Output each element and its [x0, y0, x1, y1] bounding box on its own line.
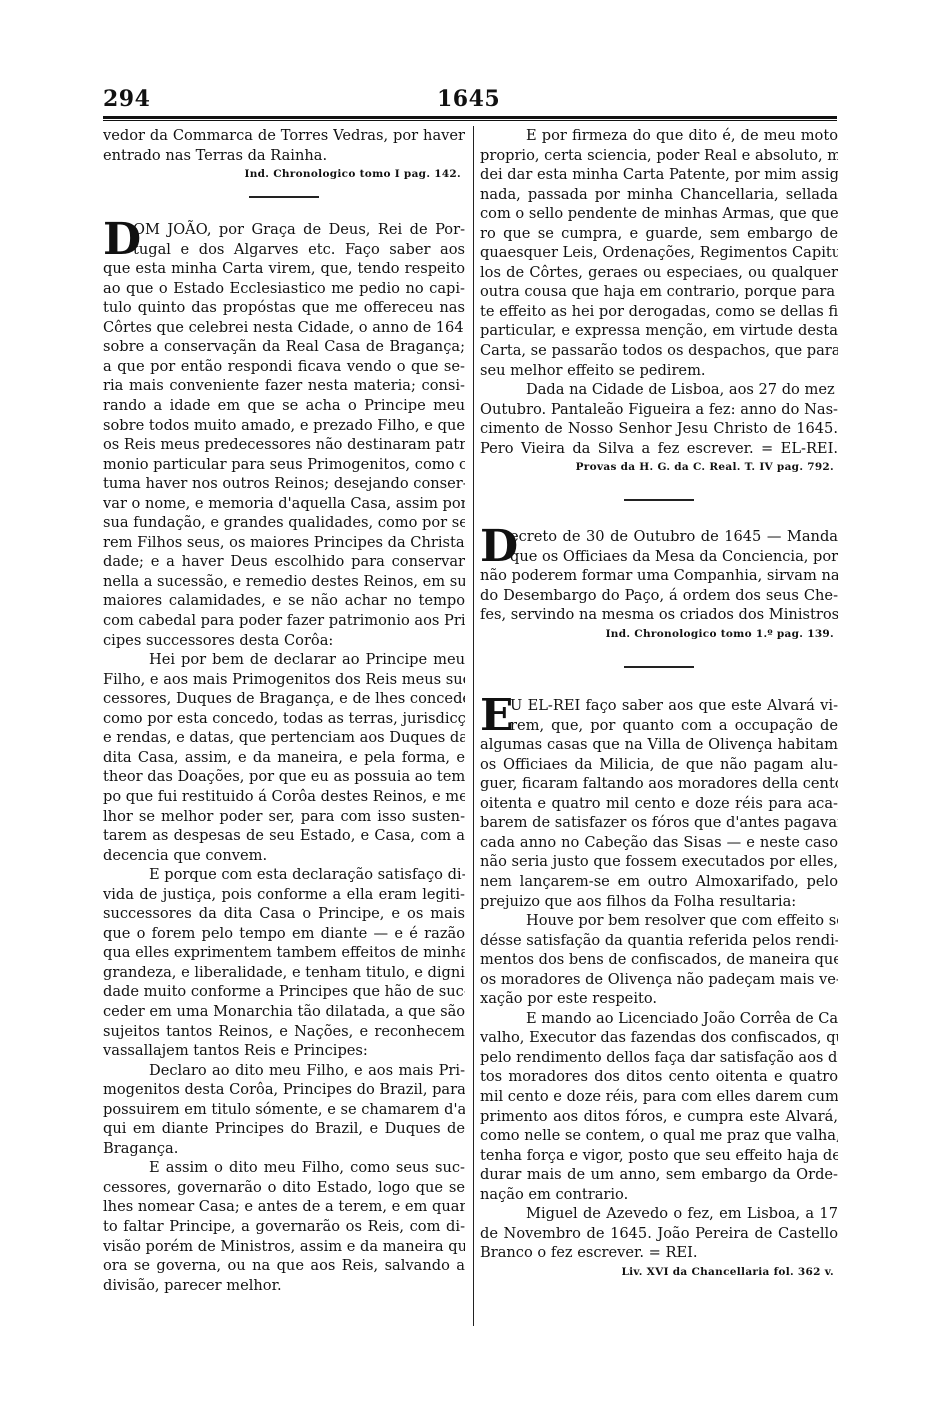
- text-line: com cabedal para poder fazer patrimonio …: [103, 611, 465, 631]
- text-line: os Reis meus predecessores não destinara…: [103, 435, 465, 455]
- text-line: ceder em uma Monarchia tão dilatada, a q…: [103, 1002, 465, 1022]
- text-line: sobre a conservaçãn da Real Casa de Brag…: [103, 337, 465, 357]
- text-line: nada, passada por minha Chancellaria, se…: [480, 185, 838, 205]
- text-line: quaesquer Leis, Ordenações, Regimentos C…: [480, 243, 838, 263]
- text-line: durar mais de um anno, sem embargo da Or…: [480, 1165, 838, 1185]
- text-line: mogenitos desta Corôa, Principes do Braz…: [103, 1080, 465, 1100]
- left-column: vedor da Commarca de Torres Vedras, por …: [103, 126, 465, 1295]
- text-line: Carta, se passarão todos os despachos, q…: [480, 341, 838, 361]
- drop-cap: E: [480, 698, 514, 734]
- text-line: os Officiaes da Milicia, de que não paga…: [480, 755, 838, 775]
- text-line: E mando ao Licenciado João Corrêa de Car…: [480, 1009, 838, 1029]
- text-line: E por firmeza do que dito é, de meu moto: [480, 126, 838, 146]
- citation: Ind. Chronologico tomo I pag. 142.: [103, 165, 465, 184]
- drop-cap: D: [480, 529, 518, 565]
- text-line: vassallajem tantos Reis e Principes:: [103, 1041, 465, 1061]
- text-line: rem, que, por quanto com a occupação de: [480, 716, 838, 736]
- column-divider: [473, 126, 474, 1326]
- text-line: los de Côrtes, geraes ou especiaes, ou q…: [480, 263, 838, 283]
- drop-cap: D: [103, 222, 141, 258]
- text-line: guer, ficaram faltando aos moradores del…: [480, 774, 838, 794]
- right-column: E por firmeza do que dito é, de meu moto…: [480, 126, 838, 1282]
- text-line: que o forem pelo tempo em diante — e é r…: [103, 924, 465, 944]
- text-line: grandeza, e liberalidade, e tenham titul…: [103, 963, 465, 983]
- text-line: tuma haver nos outros Reinos; desejando …: [103, 474, 465, 494]
- text-line: fes, servindo na mesma os criados dos Mi…: [480, 605, 838, 625]
- text-line: cada anno no Cabeção das Sisas — e neste…: [480, 833, 838, 853]
- text-line: e rendas, e datas, que pertenciam aos Du…: [103, 728, 465, 748]
- text-line: te effeito as hei por derogadas, como se…: [480, 302, 838, 322]
- section-separator: [249, 196, 319, 198]
- text-line: rando a idade em que se acha o Principe …: [103, 396, 465, 416]
- text-line: cessores, Duques de Bragança, e de lhes …: [103, 689, 465, 709]
- text-line: sujeitos tantos Reinos, e Nações, e reco…: [103, 1022, 465, 1042]
- text-line: qui em diante Principes do Brazil, e Duq…: [103, 1119, 465, 1139]
- text-line: Outubro. Pantaleão Figueira a fez: anno …: [480, 400, 838, 420]
- text-line: barem de satisfazer os fóros que d'antes…: [480, 813, 838, 833]
- text-line: qua elles exprimentem tambem effeitos de…: [103, 943, 465, 963]
- text-line: pelo rendimento dellos faça dar satisfaç…: [480, 1048, 838, 1068]
- text-line: Houve por bem resolver que com effeito s…: [480, 911, 838, 931]
- text-line: Bragança.: [103, 1139, 465, 1159]
- text-line: vida de justiça, pois conforme a ella er…: [103, 885, 465, 905]
- text-line: cessores, governarão o dito Estado, logo…: [103, 1178, 465, 1198]
- text-line: vedor da Commarca de Torres Vedras, por …: [103, 126, 465, 146]
- text-line: monio particular para seus Primogenitos,…: [103, 455, 465, 475]
- paragraph-houve: Houve por bem resolver que com effeito s…: [480, 911, 838, 1009]
- text-line: como por esta concedo, todas as terras, …: [103, 709, 465, 729]
- text-line: Miguel de Azevedo o fez, em Lisboa, a 17: [480, 1204, 838, 1224]
- text-line: os moradores de Olivença não padeçam mai…: [480, 970, 838, 990]
- alvara: E U EL-REI faço saber aos que este Alvar…: [480, 696, 838, 911]
- text-line: var o nome, e memoria d'aquella Casa, as…: [103, 494, 465, 514]
- text-line: po que fui restituido á Corôa destes Rei…: [103, 787, 465, 807]
- section-separator: [624, 499, 694, 501]
- text-line: Branco o fez escrever. = REI.: [480, 1243, 838, 1263]
- text-line: tos moradores dos ditos cento oitenta e …: [480, 1067, 838, 1087]
- text-line: nella a sucessão, e remedio destes Reino…: [103, 572, 465, 592]
- text-line: ao que o Estado Ecclesiastico me pedio n…: [103, 279, 465, 299]
- text-line: particular, e expressa menção, em virtud…: [480, 321, 838, 341]
- text-line: maiores calamidades, e se não achar no t…: [103, 591, 465, 611]
- text-line: valho, Executor das fazendas dos confisc…: [480, 1028, 838, 1048]
- text-line: ro que se cumpra, e guarde, sem embargo …: [480, 224, 838, 244]
- text-line: algumas casas que na Villa de Olivença h…: [480, 735, 838, 755]
- text-line: nem lançarem-se em outro Almoxarifado, p…: [480, 872, 838, 892]
- text-line: dei dar esta minha Carta Patente, por mi…: [480, 165, 838, 185]
- text-line: prejuizo que aos filhos da Folha resulta…: [480, 892, 838, 912]
- text-line: dade; e a haver Deus escolhido para cons…: [103, 552, 465, 572]
- text-line: theor das Doações, por que eu as possuia…: [103, 767, 465, 787]
- text-line: entrado nas Terras da Rainha.: [103, 146, 465, 166]
- header-rule: [103, 116, 837, 121]
- text-line: não poderem formar uma Companhia, sirvam…: [480, 566, 838, 586]
- citation: Ind. Chronologico tomo 1.º pag. 139.: [480, 625, 838, 644]
- text-line: dade muito conforme a Principes que hão …: [103, 982, 465, 1002]
- text-line: tenha força e vigor, posto que seu effei…: [480, 1146, 838, 1166]
- text-line: outra cousa que haja em contrario, porqu…: [480, 282, 838, 302]
- text-line: nação em contrario.: [480, 1185, 838, 1205]
- text-line: désse satisfação da quantia referida pel…: [480, 931, 838, 951]
- paragraph-declaro: Declaro ao dito meu Filho, e aos mais Pr…: [103, 1061, 465, 1159]
- text-line: como nelle se contem, o qual me praz que…: [480, 1126, 838, 1146]
- text-line: E assim o dito meu Filho, como seus suc-: [103, 1158, 465, 1178]
- text-line: proprio, certa sciencia, poder Real e ab…: [480, 146, 838, 166]
- text-line: de Novembro de 1645. João Pereira de Cas…: [480, 1224, 838, 1244]
- text-line: que os Officiaes da Mesa da Conciencia, …: [480, 547, 838, 567]
- running-year: 1645: [437, 86, 500, 112]
- text-line: Filho, e aos mais Primogenitos dos Reis …: [103, 670, 465, 690]
- text-line: OM JOÃO, por Graça de Deus, Rei de Por-: [103, 220, 465, 240]
- text-line: tulo quinto das propóstas que me offerec…: [103, 298, 465, 318]
- text-line: tarem as despesas de seu Estado, e Casa,…: [103, 826, 465, 846]
- text-line: rem Filhos seus, os maiores Principes da…: [103, 533, 465, 553]
- text-line: U EL-REI faço saber aos que este Alvará …: [480, 696, 838, 716]
- text-line: que esta minha Carta virem, que, tendo r…: [103, 259, 465, 279]
- text-line: Declaro ao dito meu Filho, e aos mais Pr…: [103, 1061, 465, 1081]
- carta-patente: D OM JOÃO, por Graça de Deus, Rei de Por…: [103, 220, 465, 650]
- continuation-text: vedor da Commarca de Torres Vedras, por …: [103, 126, 465, 184]
- text-line: oitenta e quatro mil cento e doze réis p…: [480, 794, 838, 814]
- text-line: sua fundação, e grandes qualidades, como…: [103, 513, 465, 533]
- paragraph-hei-por-bem: Hei por bem de declarar ao Principe meu …: [103, 650, 465, 865]
- paragraph-e-mando: E mando ao Licenciado João Corrêa de Car…: [480, 1009, 838, 1204]
- text-line: mentos dos bens de confiscados, de manei…: [480, 950, 838, 970]
- citation: Provas da H. G. da C. Real. T. IV pag. 7…: [480, 458, 838, 477]
- text-line: primento aos ditos fóros, e cumpra este …: [480, 1107, 838, 1127]
- text-line: sobre todos muito amado, e prezado Filho…: [103, 416, 465, 436]
- text-line: Dada na Cidade de Lisboa, aos 27 do mez …: [480, 380, 838, 400]
- text-line: to faltar Principe, a governarão os Reis…: [103, 1217, 465, 1237]
- paragraph-e-por-firmeza: E por firmeza do que dito é, de meu moto…: [480, 126, 838, 380]
- text-line: do Desembargo do Paço, á ordem dos seus …: [480, 586, 838, 606]
- paragraph-e-porque: E porque com esta declaração satisfaço d…: [103, 865, 465, 1060]
- text-line: a que por então respondi ficava vendo o …: [103, 357, 465, 377]
- text-line: xação por este respeito.: [480, 989, 838, 1009]
- text-line: decencia que convem.: [103, 846, 465, 866]
- text-line: com o sello pendente de minhas Armas, qu…: [480, 204, 838, 224]
- text-line: successores da dita Casa o Principe, e o…: [103, 904, 465, 924]
- text-line: não seria justo que fossem executados po…: [480, 852, 838, 872]
- section-separator: [624, 666, 694, 668]
- text-line: cimento de Nosso Senhor Jesu Christo de …: [480, 419, 838, 439]
- text-line: Côrtes que celebrei nesta Cidade, o anno…: [103, 318, 465, 338]
- page-number: 294: [103, 86, 150, 112]
- citation: Liv. XVI da Chancellaria fol. 362 v.: [480, 1263, 838, 1282]
- text-line: lhor se melhor poder ser, para com isso …: [103, 807, 465, 827]
- text-line: ecreto de 30 de Outubro de 1645 — Manda: [480, 527, 838, 547]
- paragraph-miguel: Miguel de Azevedo o fez, em Lisboa, a 17…: [480, 1204, 838, 1282]
- text-line: lhes nomear Casa; e antes de a terem, e …: [103, 1197, 465, 1217]
- text-line: cipes successores desta Corôa:: [103, 631, 465, 651]
- decreto: D ecreto de 30 de Outubro de 1645 — Mand…: [480, 527, 838, 644]
- text-line: possuirem em titulo sómente, e se chamar…: [103, 1100, 465, 1120]
- text-line: seu melhor effeito se pedirem.: [480, 361, 838, 381]
- text-line: dita Casa, assim, e da maneira, e pela f…: [103, 748, 465, 768]
- text-line: mil cento e doze réis, para com elles da…: [480, 1087, 838, 1107]
- text-line: visão porém de Ministros, assim e da man…: [103, 1237, 465, 1257]
- paragraph-e-assim: E assim o dito meu Filho, como seus suc-…: [103, 1158, 465, 1295]
- text-line: tugal e dos Algarves etc. Faço saber aos: [103, 240, 465, 260]
- text-line: ora se governa, ou na que aos Reis, salv…: [103, 1256, 465, 1276]
- document-page: 294 1645 vedor da Commarca de Torres Ved…: [0, 0, 930, 1413]
- text-line: Hei por bem de declarar ao Principe meu: [103, 650, 465, 670]
- text-line: divisão, parecer melhor.: [103, 1276, 465, 1296]
- running-header: 294 1645: [103, 86, 837, 114]
- text-line: Pero Vieira da Silva a fez escrever. = E…: [480, 439, 838, 459]
- paragraph-dada: Dada na Cidade de Lisboa, aos 27 do mez …: [480, 380, 838, 477]
- text-line: ria mais conveniente fazer nesta materia…: [103, 376, 465, 396]
- text-line: E porque com esta declaração satisfaço d…: [103, 865, 465, 885]
